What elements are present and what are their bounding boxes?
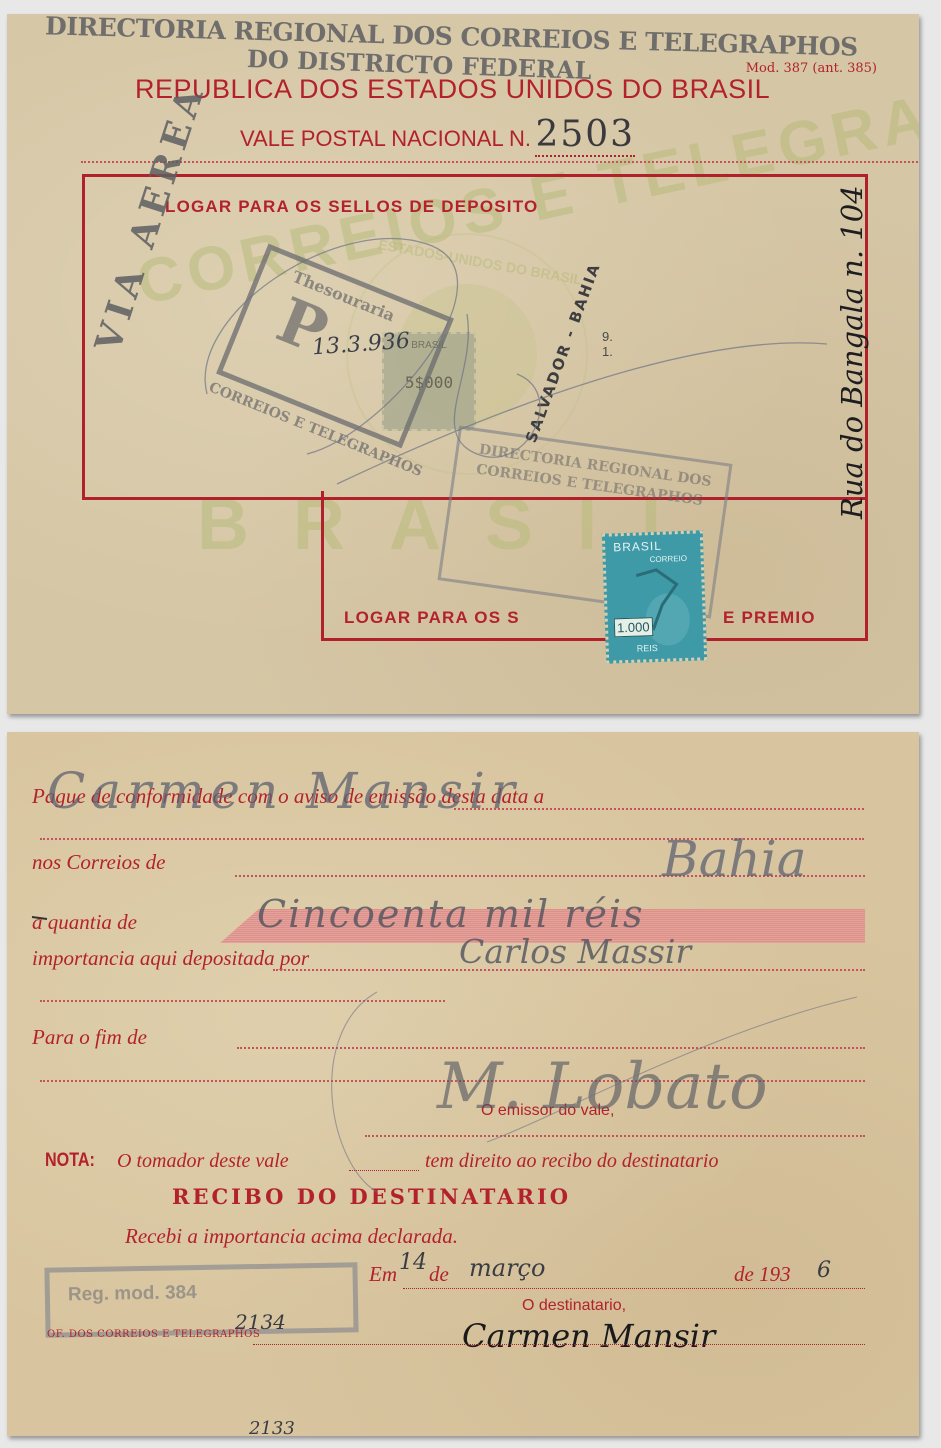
postage-stamp-value: 1.000 xyxy=(614,617,653,637)
postage-stamp: BRASIL CORREIO 1.000 REIS xyxy=(602,530,707,663)
issuer-scribble-front xyxy=(7,14,919,714)
voucher-back: Pague de conformidade com o aviso de emi… xyxy=(7,732,919,1436)
issuer-signature-stroke xyxy=(7,732,919,1436)
postage-stamp-currency: REIS xyxy=(637,643,658,654)
voucher-front: CORREIOS E TELEGRAPHOS ESTADOS-UNIDOS DO… xyxy=(7,14,919,714)
mercury-figure-icon xyxy=(605,533,704,660)
